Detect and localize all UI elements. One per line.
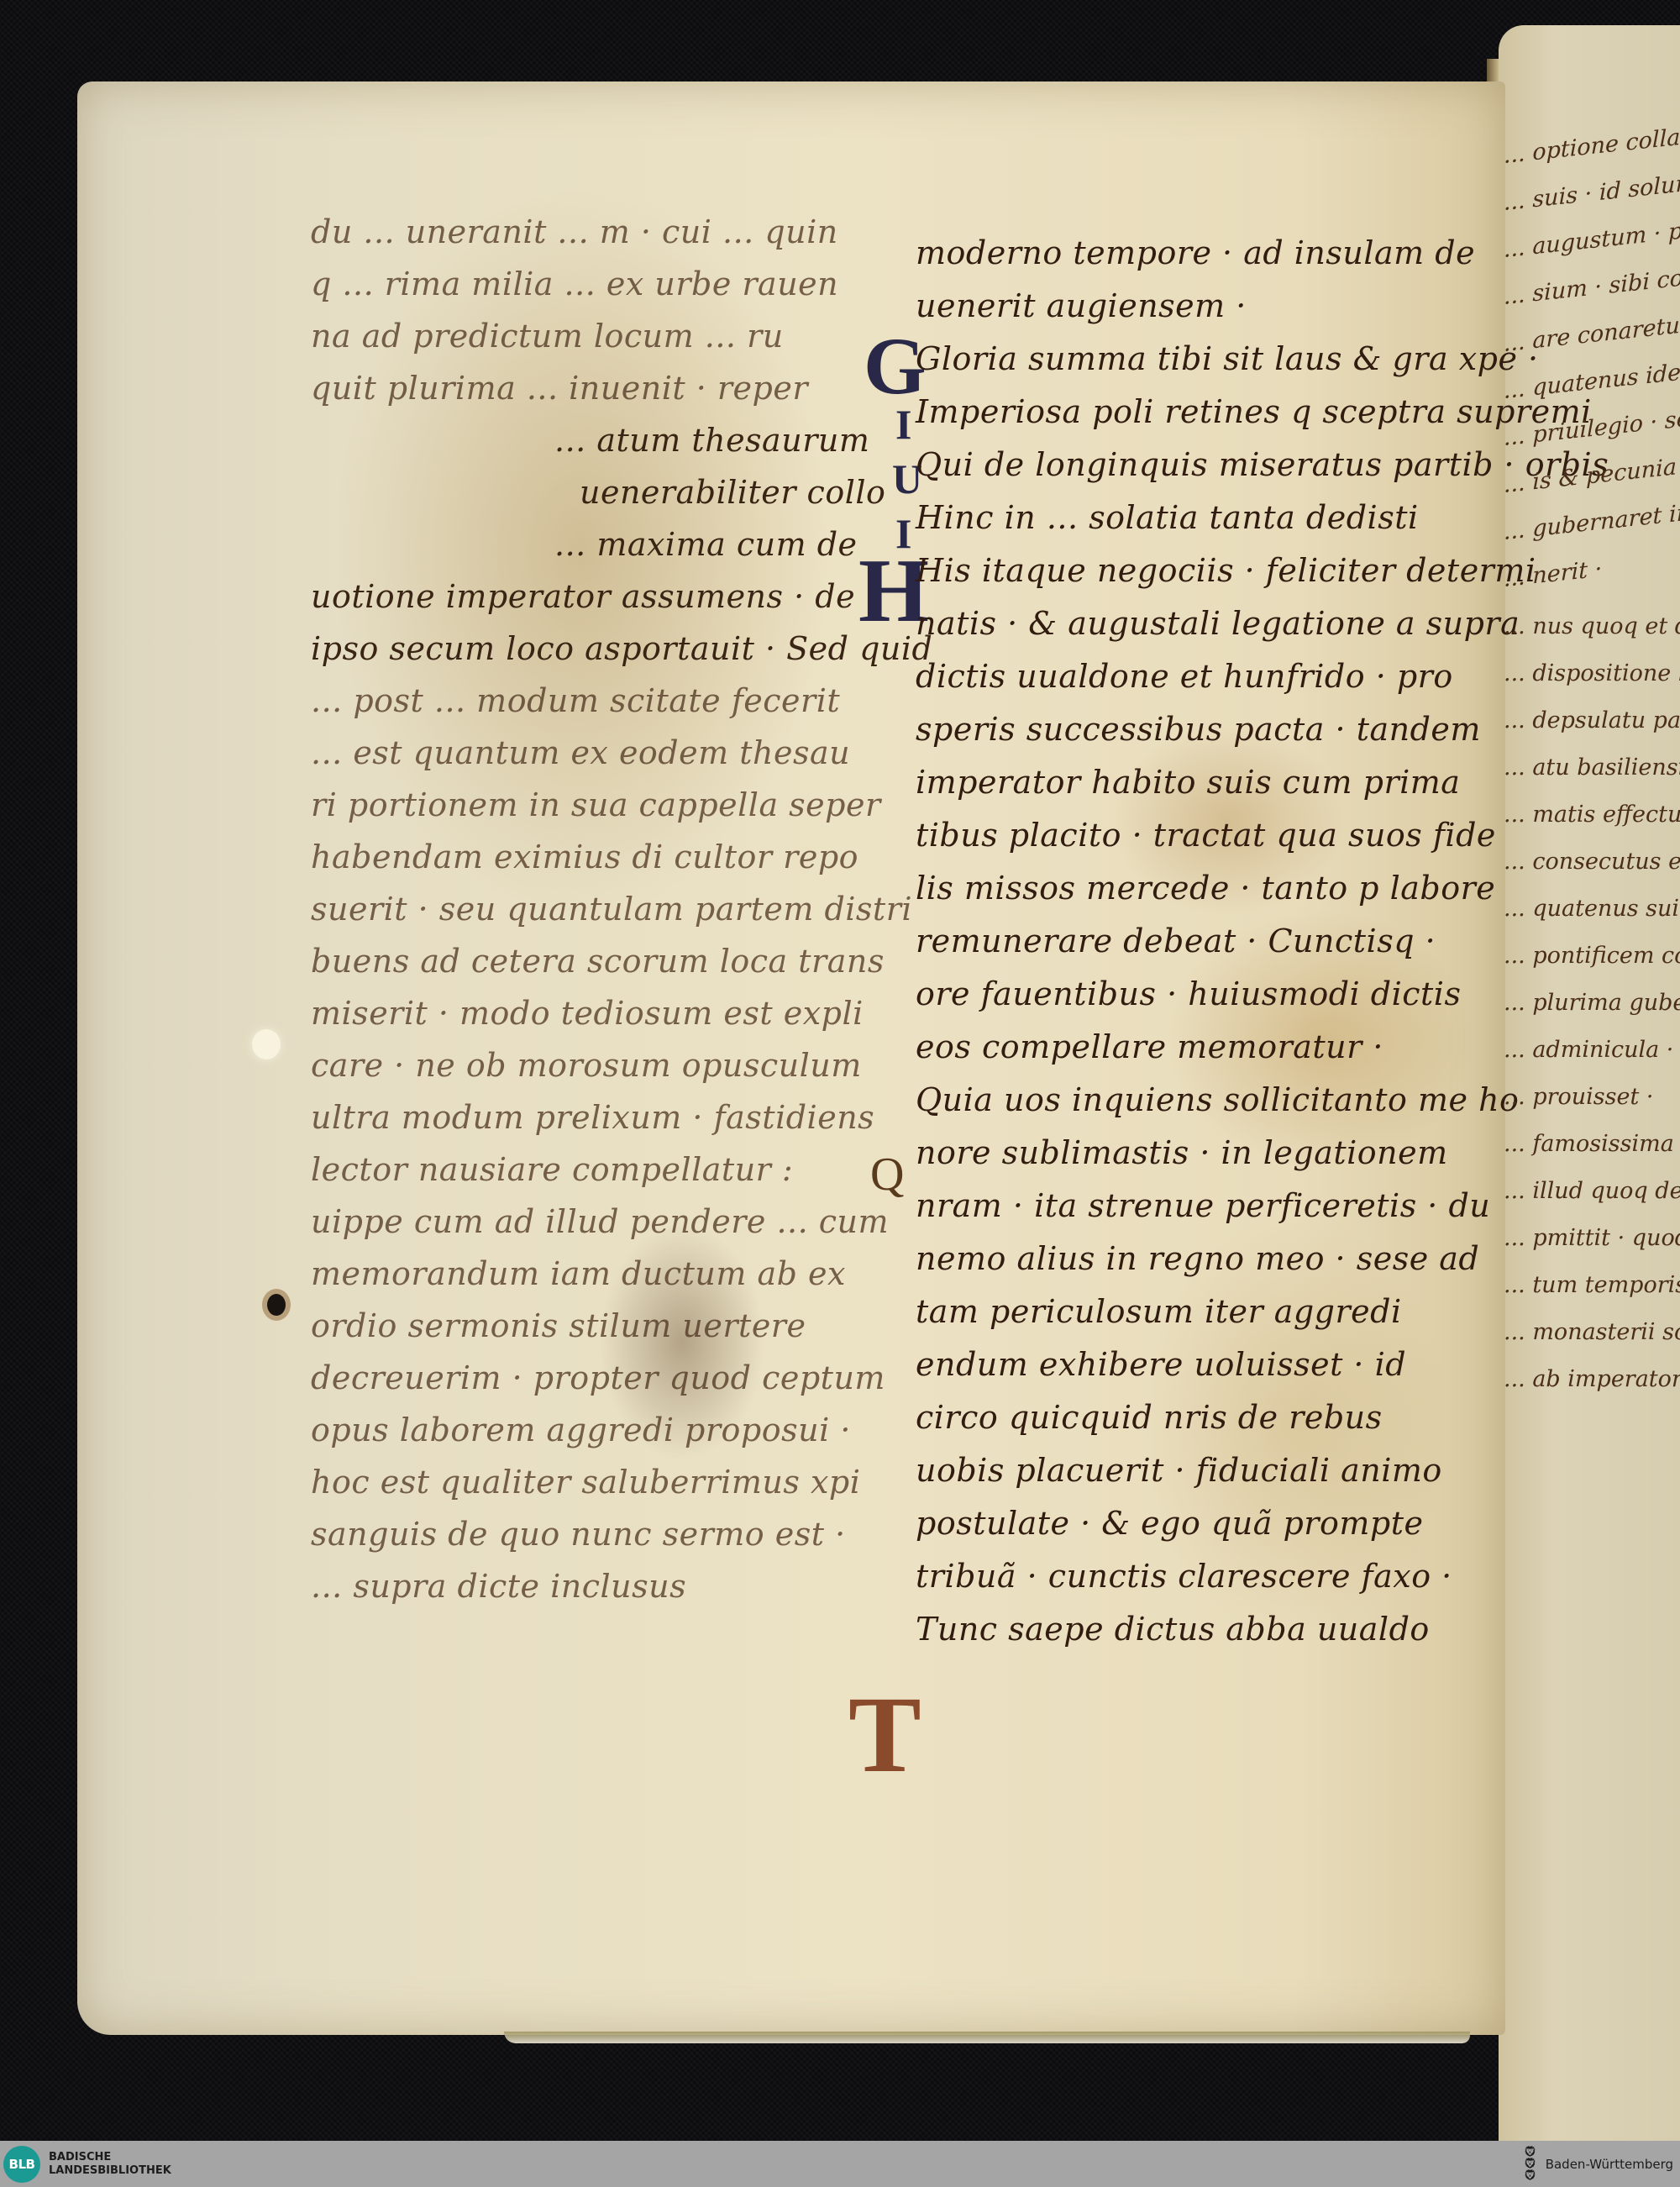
facing-text-line: ... ab imperatore plectus est · <box>1504 1366 1680 1413</box>
text-line: sanguis de quo nunc sermo est · <box>311 1508 848 1560</box>
text-line: speris successibus pacta · tandem <box>916 703 1470 756</box>
text-line: uenerabiliter collo <box>311 466 848 518</box>
baden-wuerttemberg-logo[interactable]: 🦁︎ 🦁︎ 🦁︎ Baden-Württemberg <box>1523 2147 1673 2182</box>
facing-text-line: ... monasterii sci martyris xpi ch <box>1504 1319 1680 1366</box>
text-line: memorandum iam ductum ab ex <box>311 1248 848 1300</box>
facing-text-line: ... atu basiliensis ciuitatis · <box>1504 754 1680 802</box>
text-line: ordio sermonis stilum uertere <box>311 1300 848 1352</box>
text-line: ... atum thesaurum <box>311 414 848 466</box>
library-name-line1: BADISCHE <box>49 2151 171 2164</box>
facing-text-line: ... dispositione locorum · <box>1504 660 1680 707</box>
facing-text-line: ... famosissima uirtutu illus <box>1504 1131 1680 1178</box>
facing-text-line: ... quatenus sui utriq · <box>1504 896 1680 943</box>
text-line: uenerit augiensem · <box>916 280 1470 333</box>
facing-text-line: ... adminicula · quasi uerus di <box>1504 1037 1680 1084</box>
text-line: decreuerim · propter quod ceptum <box>311 1352 848 1404</box>
right-text-column: moderno tempore · ad insulam de uenerit … <box>916 227 1470 1656</box>
facing-text-line: ... pontificem constituisset · et <box>1504 943 1680 990</box>
text-line: circo quicquid nris de rebus <box>916 1391 1470 1444</box>
text-line: ipso secum loco asportauit · Sed quid <box>311 623 848 675</box>
state-name: Baden-Württemberg <box>1546 2157 1673 2172</box>
footer-bar: BLB BADISCHE LANDESBIBLIOTHEK 🦁︎ 🦁︎ 🦁︎ B… <box>0 2141 1680 2187</box>
text-line: ... post ... modum scitate fecerit <box>311 675 848 727</box>
facing-text-line: ... tum temporis rector <box>1504 1272 1680 1319</box>
text-line: Qui de longinquis miseratus partib · orb… <box>916 439 1470 492</box>
text-line: endum exhibere uoluisset · id <box>916 1338 1470 1391</box>
blb-badge-icon: BLB <box>3 2146 40 2183</box>
text-line: imperator habito suis cum prima <box>916 756 1470 809</box>
left-text-column: du ... uneranit ... m · cui ... quin q .… <box>311 206 848 1612</box>
facing-text-line: ... consecutus est · impe <box>1504 849 1680 896</box>
text-line: hoc est qualiter saluberrimus xpi <box>311 1456 848 1508</box>
text-line: lector nausiare compellatur : <box>311 1143 848 1196</box>
text-line: tibus placito · tractat qua suos fide <box>916 809 1470 862</box>
text-line: ... est quantum ex eodem thesau <box>311 727 848 779</box>
text-line: q ... rima milia ... ex urbe rauen <box>311 258 848 310</box>
facing-text-line: ... pmittit · quod post <box>1504 1225 1680 1272</box>
text-line: natis · & augustali legatione a supra <box>916 597 1470 650</box>
text-line: suerit · seu quantulam partem distri <box>311 883 848 935</box>
text-line: miserit · modo tediosum est expli <box>311 987 848 1039</box>
text-line: nemo alius in regno meo · sese ad <box>916 1233 1470 1285</box>
text-line: postulate · & ego quã prompte <box>916 1497 1470 1550</box>
parchment-repair-spot <box>252 1029 281 1059</box>
text-line: ultra modum prelixum · fastidiens <box>311 1091 848 1143</box>
text-line: care · ne ob morosum opusculum <box>311 1039 848 1091</box>
facing-text-line: ... plurima gubernationis <box>1504 990 1680 1037</box>
text-line: quit plurima ... inuenit · reper <box>311 362 848 414</box>
text-line: tribuã · cunctis clarescere faxo · <box>916 1550 1470 1603</box>
text-line: habendam eximius di cultor repo <box>311 831 848 883</box>
initial-i: I <box>895 403 911 445</box>
text-line: ... maxima cum de <box>311 518 848 570</box>
text-line: uobis placuerit · fiduciali animo <box>916 1444 1470 1497</box>
facing-text-line: ... nus quoq et de supra <box>1504 613 1680 660</box>
text-line: His itaque negociis · feliciter determi <box>916 544 1470 597</box>
blb-logo[interactable]: BLB BADISCHE LANDESBIBLIOTHEK <box>0 2141 171 2187</box>
facing-page-text: ... optione collata · cunctis pe ... sui… <box>1504 143 1680 1413</box>
text-line: ri portionem in sua cappella seper <box>311 779 848 831</box>
text-line: dictis uualdone et hunfrido · pro <box>916 650 1470 703</box>
parchment-hole <box>267 1294 286 1316</box>
text-line: ... supra dicte inclusus <box>311 1560 848 1612</box>
three-lions-icon: 🦁︎ 🦁︎ 🦁︎ <box>1523 2147 1537 2182</box>
initial-q: Q <box>870 1151 904 1198</box>
text-line: moderno tempore · ad insulam de <box>916 227 1470 280</box>
facing-text-line: ... depsulatu papiae urbis <box>1504 707 1680 754</box>
facing-text-line: ... matis effectum ab im <box>1504 802 1680 849</box>
text-line: Gloria summa tibi sit laus & gra xpe · <box>916 333 1470 386</box>
facing-text-line: ... illud quoq deeo nullate <box>1504 1178 1680 1225</box>
text-line: ore fauentibus · huiusmodi dictis <box>916 968 1470 1021</box>
text-line: uippe cum ad illud pendere ... cum <box>311 1196 848 1248</box>
text-line: nore sublimastis · in legationem <box>916 1127 1470 1180</box>
initial-t: T <box>848 1680 921 1790</box>
text-line: tam periculosum iter aggredi <box>916 1285 1470 1338</box>
text-line: Tunc saepe dictus abba uualdo <box>916 1603 1470 1656</box>
text-line: remunerare debeat · Cunctisq · <box>916 915 1470 968</box>
text-line: Hinc in ... solatia tanta dedisti <box>916 492 1470 544</box>
folio-bottom-edge <box>504 2032 1470 2043</box>
text-line: nram · ita strenue perficeretis · du <box>916 1180 1470 1233</box>
text-line: lis missos mercede · tanto p labore <box>916 862 1470 915</box>
text-line: opus laborem aggredi proposui · <box>311 1404 848 1456</box>
text-line: Quia uos inquiens sollicitanto me ho <box>916 1074 1470 1127</box>
text-line: eos compellare memoratur · <box>916 1021 1470 1074</box>
facing-text-line: ... prouisset · <box>1504 1084 1680 1131</box>
text-line: du ... uneranit ... m · cui ... quin <box>311 206 848 258</box>
text-line: buens ad cetera scorum loca trans <box>311 935 848 987</box>
text-line: na ad predictum locum ... ru <box>311 310 848 362</box>
library-name: BADISCHE LANDESBIBLIOTHEK <box>49 2151 171 2178</box>
text-line: uotione imperator assumens · de <box>311 570 848 623</box>
library-name-line2: LANDESBIBLIOTHEK <box>49 2164 171 2178</box>
text-line: Imperiosa poli retines q sceptra supremi <box>916 386 1470 439</box>
